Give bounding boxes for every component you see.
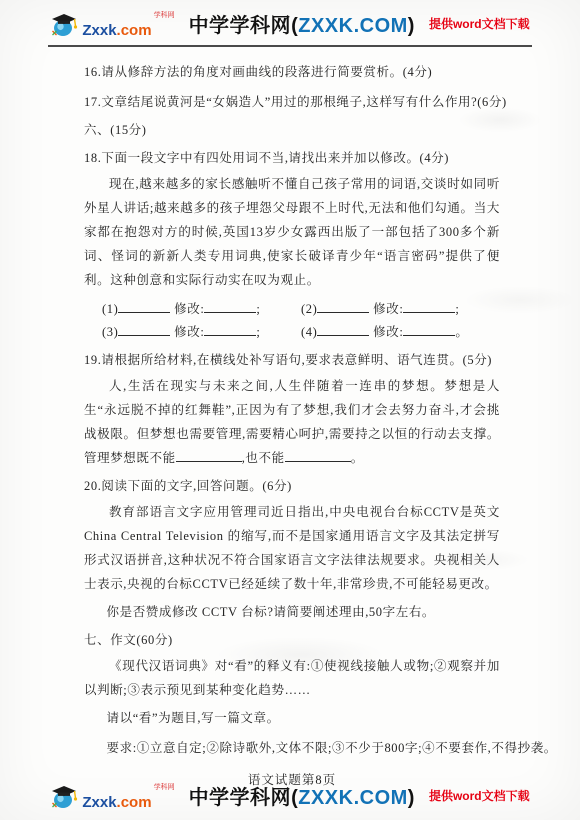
slot-number: (2) — [301, 302, 317, 316]
logo-suffix-text: .com — [117, 794, 152, 811]
slot-label: 修改: — [373, 302, 403, 316]
footer-brandbar: Zxxk.com 学科网 中学学科网(ZXXK.COM) 提供word文档下载 — [0, 781, 580, 810]
logo-main-text: Zxxk — [82, 794, 116, 811]
slot-number: (4) — [301, 325, 317, 339]
zxxk-logo: Zxxk.com 学科网 — [50, 10, 174, 38]
slot-tail: ; — [455, 302, 459, 316]
question-20-prompt: 你是否赞成修改 CCTV 台标?请简要阐述理由,50字左右。 — [84, 600, 500, 624]
question-20: 20.阅读下面的文字,回答问题。(6分) — [84, 474, 500, 498]
blank-line — [317, 301, 369, 313]
question-20-passage: 教育部语言文字应用管理司近日指出,中央电视台台标CCTV是英文 China Ce… — [84, 500, 500, 596]
slot-label: 修改: — [373, 325, 403, 339]
zxxk-logo-footer: Zxxk.com 学科网 — [50, 782, 174, 810]
blank-line — [285, 450, 351, 462]
section-seven-heading: 七、作文(60分) — [84, 628, 500, 652]
answer-slot-3: (3) 修改:; — [102, 321, 301, 344]
slot-tail: ; — [256, 325, 260, 339]
question-19: 19.请根据所给材料,在横线处补写语句,要求表意鲜明、语气连贯。(5分) — [84, 348, 500, 372]
word-download-promo-footer: 提供word文档下载 — [429, 787, 530, 804]
essay-prompt-passage: 《现代汉语词典》对“看”的释义有:①使视线接触人或物;②观察并加以判断;③表示预… — [84, 654, 500, 702]
header-brandbar: Zxxk.com 学科网 中学学科网(ZXXK.COM) 提供word文档下载 — [0, 0, 580, 38]
blank-line — [317, 324, 369, 336]
graduation-cap-mascot-icon — [50, 10, 80, 38]
site-title-paren-close: ) — [408, 787, 415, 809]
blank-line — [118, 301, 170, 313]
blank-line — [204, 324, 256, 336]
question-18-answer-grid: (1) 修改:; (2) 修改:; (3) 修改:; (4) 修改:。 — [102, 298, 500, 344]
blank-line — [118, 324, 170, 336]
question-16: 16.请从修辞方法的角度对画曲线的段落进行简要赏析。(4分) — [84, 60, 500, 84]
graduation-cap-mascot-icon — [50, 782, 80, 810]
slot-tail: ; — [256, 302, 260, 316]
slot-label: 修改: — [174, 302, 204, 316]
blank-line — [204, 301, 256, 313]
scanned-exam-page: Zxxk.com 学科网 中学学科网(ZXXK.COM) 提供word文档下载 … — [0, 0, 580, 820]
q19-tail-text: 。 — [351, 451, 364, 465]
slot-number: (3) — [102, 325, 118, 339]
blank-line — [403, 324, 455, 336]
slot-label: 修改: — [174, 325, 204, 339]
logo-main-text: Zxxk — [82, 22, 116, 39]
logo-tagline: 学科网 — [154, 12, 175, 19]
site-title-prefix: 中学学科网 — [189, 787, 292, 809]
section-six-heading: 六、(15分) — [84, 118, 500, 142]
blank-line — [403, 301, 455, 313]
logo-wordmark: Zxxk.com — [82, 23, 151, 38]
slot-tail: 。 — [455, 325, 468, 339]
question-18: 18.下面一段文字中有四处用词不当,请找出来并加以修改。(4分) — [84, 146, 500, 170]
logo-tagline: 学科网 — [154, 784, 175, 791]
essay-title-instruction: 请以“看”为题目,写一篇文章。 — [84, 706, 500, 730]
answer-slot-2: (2) 修改:; — [301, 298, 500, 321]
essay-requirements: 要求:①立意自定;②除诗歌外,文体不限;③不少于800字;④不要套作,不得抄袭。 — [84, 736, 500, 760]
site-title-domain: ZXXK.COM — [298, 787, 408, 809]
word-download-promo: 提供word文档下载 — [429, 15, 530, 32]
exam-content: 16.请从修辞方法的角度对画曲线的段落进行简要赏析。(4分) 17.文章结尾说黄… — [84, 60, 500, 792]
header-divider — [48, 45, 532, 47]
q19-mid-text: ,也不能 — [242, 451, 285, 465]
blank-line — [176, 450, 242, 462]
slot-number: (1) — [102, 302, 118, 316]
site-title-footer: 中学学科网(ZXXK.COM) — [189, 781, 415, 810]
site-title-domain: ZXXK.COM — [298, 15, 408, 37]
site-title-paren-close: ) — [408, 15, 415, 37]
question-18-passage: 现在,越来越多的家长感触听不懂自己孩子常用的词语,交谈时如同听外星人讲话;越来越… — [84, 172, 500, 292]
answer-slot-4: (4) 修改:。 — [301, 321, 500, 344]
question-17: 17.文章结尾说黄河是“女娲造人”用过的那根绳子,这样写有什么作用?(6分) — [84, 90, 500, 114]
logo-wordmark: Zxxk.com — [82, 795, 151, 810]
site-title-prefix: 中学学科网 — [189, 15, 292, 37]
logo-suffix-text: .com — [117, 22, 152, 39]
question-19-passage: 人,生活在现实与未来之间,人生伴随着一连串的梦想。梦想是人生“永远脱不掉的红舞鞋… — [84, 374, 500, 470]
site-title: 中学学科网(ZXXK.COM) — [189, 9, 415, 38]
answer-slot-1: (1) 修改:; — [102, 298, 301, 321]
